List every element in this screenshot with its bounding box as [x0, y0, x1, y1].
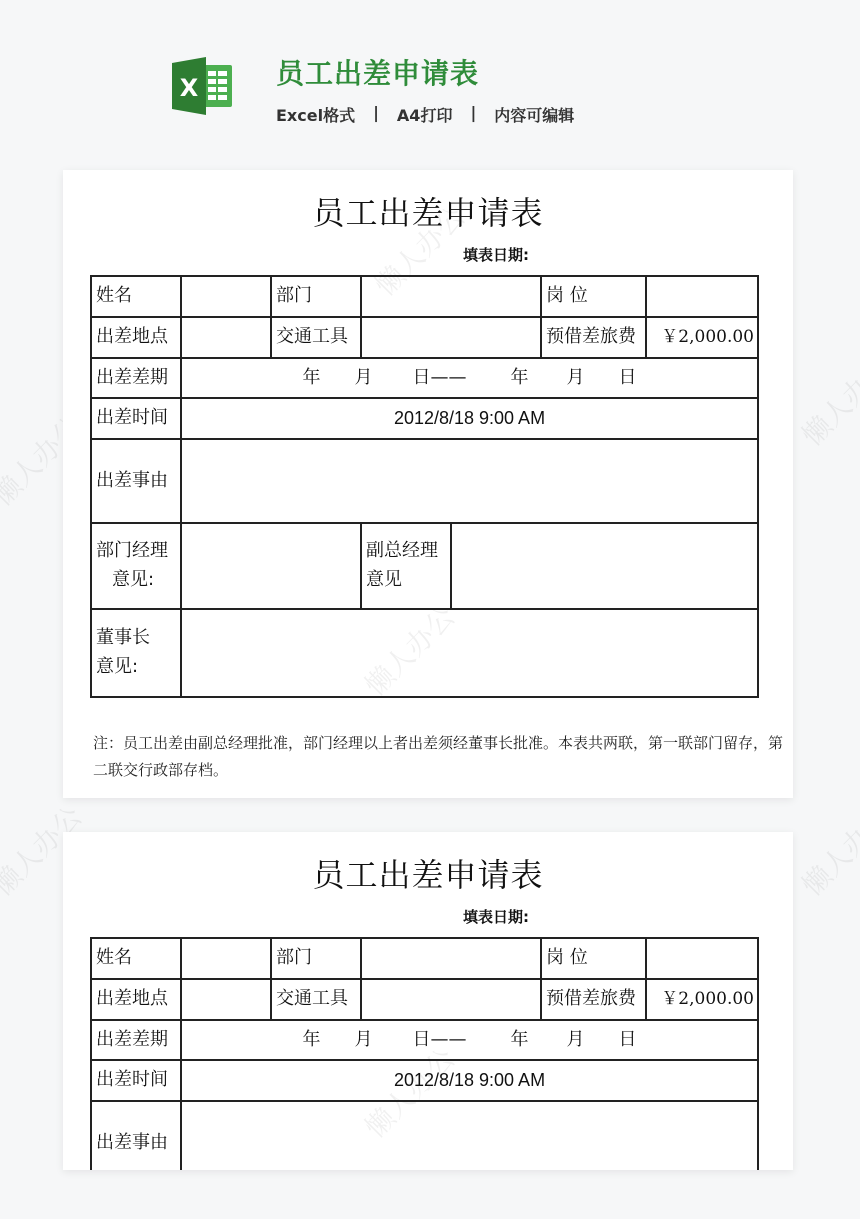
- time-label: 出差时间: [90, 397, 182, 440]
- name-field[interactable]: [180, 275, 272, 318]
- reason-label: 出差事由: [90, 438, 182, 524]
- form-title: 员工出差申请表: [63, 188, 793, 234]
- advance-field[interactable]: ￥2,000.00: [645, 978, 759, 1021]
- period-label: 出差差期: [90, 357, 182, 399]
- chairman-label: 董事长 意见:: [90, 608, 182, 698]
- fill-date-label: 填表日期:: [463, 244, 529, 265]
- time-field[interactable]: 2012/8/18 9:00 AM: [180, 397, 759, 440]
- transport-field[interactable]: [360, 978, 542, 1021]
- period-label: 出差差期: [90, 1019, 182, 1061]
- location-label: 出差地点: [90, 316, 182, 359]
- advance-label: 预借差旅费: [540, 978, 647, 1021]
- vp-opinion-field[interactable]: [450, 522, 759, 610]
- day-start: 日——: [390, 364, 490, 393]
- chairman-opinion-field[interactable]: [180, 608, 759, 698]
- transport-label: 交通工具: [270, 978, 362, 1021]
- name-label: 姓名: [90, 937, 182, 980]
- dept-manager-opinion-field[interactable]: [180, 522, 362, 610]
- day-end: 日: [602, 364, 654, 393]
- location-label: 出差地点: [90, 978, 182, 1021]
- dept-manager-label: 部门经理 意见:: [90, 522, 182, 610]
- year-end: 年: [490, 364, 550, 393]
- position-field[interactable]: [645, 937, 759, 980]
- time-field[interactable]: 2012/8/18 9:00 AM: [180, 1059, 759, 1102]
- time-label: 出差时间: [90, 1059, 182, 1102]
- label-line: 副总经理: [366, 537, 438, 566]
- reason-field[interactable]: [180, 1100, 759, 1170]
- vp-label: 副总经理 意见: [360, 522, 452, 610]
- svg-text:X: X: [180, 74, 199, 102]
- separator: |: [470, 103, 476, 126]
- reason-field[interactable]: [180, 438, 759, 524]
- location-field[interactable]: [180, 316, 272, 359]
- dept-label: 部门: [270, 937, 362, 980]
- tag-editable: 内容可编辑: [494, 103, 574, 126]
- day-end: 日: [602, 1026, 654, 1055]
- form-note: 注：员工出差由副总经理批准，部门经理以上者出差须经董事长批准。本表共两联，第一联…: [93, 730, 783, 784]
- tag-print: A4打印: [397, 103, 453, 126]
- page-title: 员工出差申请表: [276, 52, 479, 92]
- position-label: 岗 位: [540, 937, 647, 980]
- location-field[interactable]: [180, 978, 272, 1021]
- label-line: 意见: [366, 566, 402, 595]
- dept-field[interactable]: [360, 937, 542, 980]
- tag-format: Excel格式: [276, 103, 355, 126]
- position-label: 岗 位: [540, 275, 647, 318]
- date-range: 年 月 日—— 年 月 日: [286, 364, 654, 393]
- label-line: 意见:: [96, 566, 154, 595]
- period-field[interactable]: 年 月 日—— 年 月 日: [180, 1019, 759, 1061]
- form-title: 员工出差申请表: [63, 850, 793, 896]
- excel-icon: X: [170, 55, 234, 117]
- year-start: 年: [286, 1026, 338, 1055]
- fill-date-label: 填表日期:: [463, 906, 529, 927]
- label-line: 部门经理: [96, 537, 168, 566]
- form-sheet-2: 懒人办公 员工出差申请表 填表日期: 姓名 部门 岗 位 出差地点 交通工具 预…: [63, 832, 793, 1170]
- period-field[interactable]: 年 月 日—— 年 月 日: [180, 357, 759, 399]
- month-end: 月: [550, 1026, 602, 1055]
- label-line: 意见:: [96, 653, 138, 682]
- month-start: 月: [338, 364, 390, 393]
- feature-tags: Excel格式 | A4打印 | 内容可编辑: [276, 103, 574, 126]
- name-field[interactable]: [180, 937, 272, 980]
- separator: |: [373, 103, 379, 126]
- day-start: 日——: [390, 1026, 490, 1055]
- month-end: 月: [550, 364, 602, 393]
- label-line: 董事长: [96, 624, 150, 653]
- position-field[interactable]: [645, 275, 759, 318]
- year-end: 年: [490, 1026, 550, 1055]
- name-label: 姓名: [90, 275, 182, 318]
- watermark: 懒人办公: [792, 346, 860, 453]
- date-range: 年 月 日—— 年 月 日: [286, 1026, 654, 1055]
- page-header: X 员工出差申请表 Excel格式 | A4打印 | 内容可编辑: [0, 0, 860, 150]
- advance-label: 预借差旅费: [540, 316, 647, 359]
- advance-field[interactable]: ￥2,000.00: [645, 316, 759, 359]
- dept-field[interactable]: [360, 275, 542, 318]
- transport-field[interactable]: [360, 316, 542, 359]
- watermark: 懒人办公: [792, 796, 860, 903]
- year-start: 年: [286, 364, 338, 393]
- transport-label: 交通工具: [270, 316, 362, 359]
- dept-label: 部门: [270, 275, 362, 318]
- form-sheet-1: 懒人办公 懒人办公 员工出差申请表 填表日期: 姓名 部门 岗 位 出差地点 交…: [63, 170, 793, 798]
- reason-label: 出差事由: [90, 1100, 182, 1170]
- month-start: 月: [338, 1026, 390, 1055]
